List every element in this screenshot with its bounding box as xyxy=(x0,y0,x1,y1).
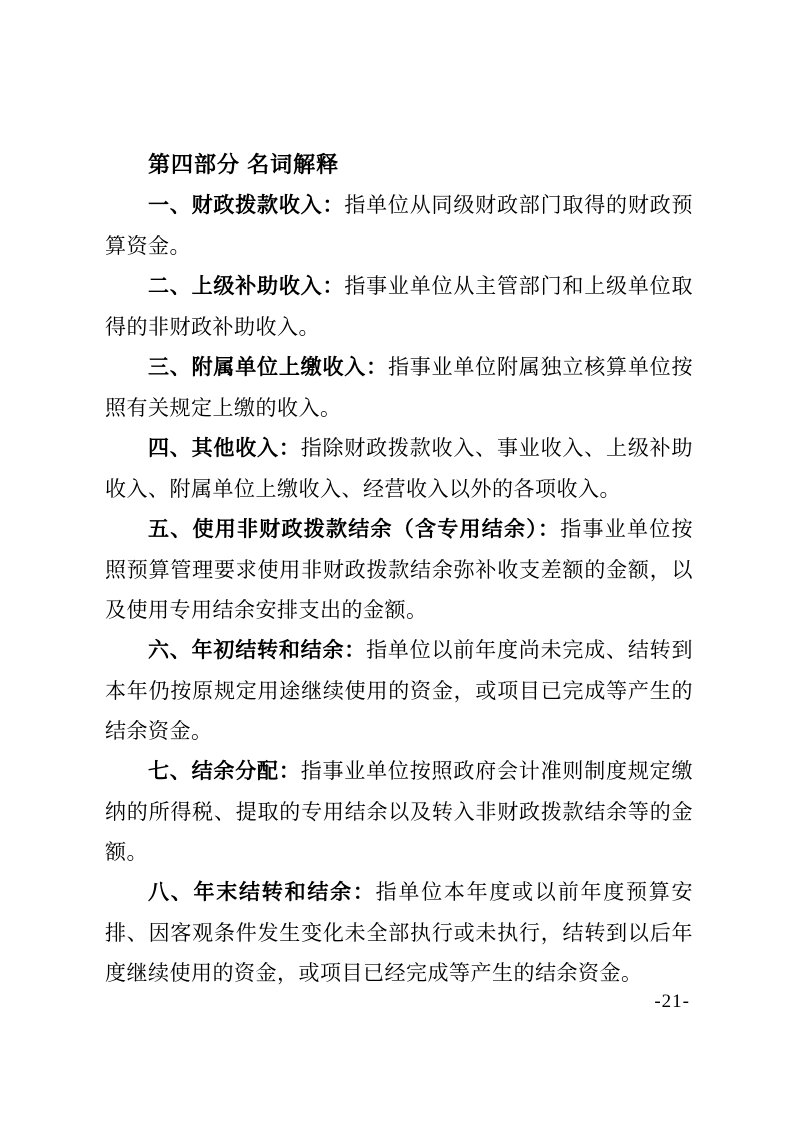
definition-paragraph-1: 一、财政拨款收入：指单位从同级财政部门取得的财政预算资金。 xyxy=(105,185,693,266)
document-page: 第四部分 名词解释 一、财政拨款收入：指单位从同级财政部门取得的财政预算资金。 … xyxy=(0,0,793,1122)
term-label: 五、使用非财政拨款结余（含专用结余）： xyxy=(148,518,560,541)
definition-paragraph-7: 七、结余分配：指事业单位按照政府会计准则制度规定缴纳的所得税、提取的专用结余以及… xyxy=(105,751,693,872)
term-label: 三、附属单位上缴收入： xyxy=(148,356,388,379)
definition-paragraph-4: 四、其他收入：指除财政拨款收入、事业收入、上级补助收入、附属单位上缴收入、经营收… xyxy=(105,428,693,509)
term-label: 八、年末结转和结余： xyxy=(148,881,376,904)
term-label: 二、上级补助收入： xyxy=(148,275,344,298)
section-heading: 第四部分 名词解释 xyxy=(105,145,693,185)
definition-paragraph-8: 八、年末结转和结余：指单位本年度或以前年度预算安排、因客观条件发生变化未全部执行… xyxy=(105,872,693,993)
page-number: -21- xyxy=(654,991,690,1013)
definition-paragraph-6: 六、年初结转和结余：指单位以前年度尚未完成、结转到本年仍按原规定用途继续使用的资… xyxy=(105,630,693,751)
definition-paragraph-5: 五、使用非财政拨款结余（含专用结余）：指事业单位按照预算管理要求使用非财政拨款结… xyxy=(105,509,693,630)
term-label: 一、财政拨款收入： xyxy=(148,194,344,217)
term-label: 四、其他收入： xyxy=(148,437,301,460)
definition-paragraph-3: 三、附属单位上缴收入：指事业单位附属独立核算单位按照有关规定上缴的收入。 xyxy=(105,347,693,428)
term-label: 七、结余分配： xyxy=(148,760,301,783)
document-content: 第四部分 名词解释 一、财政拨款收入：指单位从同级财政部门取得的财政预算资金。 … xyxy=(105,145,693,993)
term-label: 六、年初结转和结余： xyxy=(148,639,366,662)
definition-paragraph-2: 二、上级补助收入：指事业单位从主管部门和上级单位取得的非财政补助收入。 xyxy=(105,266,693,347)
